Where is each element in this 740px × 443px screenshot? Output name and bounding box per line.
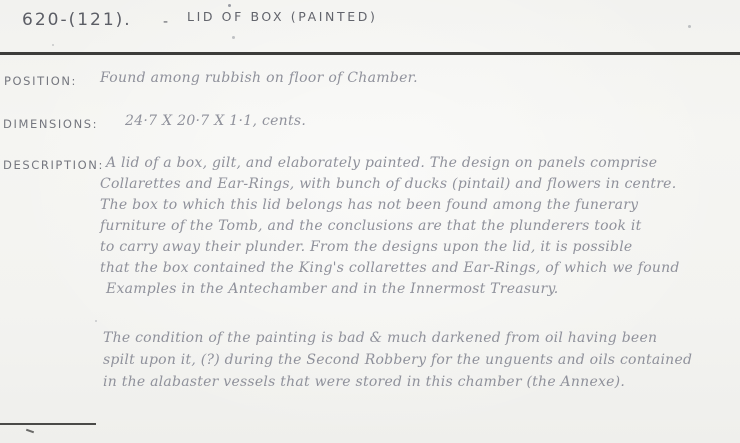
bottom-tick-mark [26, 429, 34, 434]
paper-speckle [52, 44, 54, 46]
header-separator: - [163, 14, 168, 30]
card-title: LID OF BOX (PAINTED) [187, 9, 377, 24]
paper-speckle [688, 25, 691, 28]
record-card: 620-(121). - LID OF BOX (PAINTED) POSITI… [0, 0, 740, 443]
description-line: Collarettes and Ear-Rings, with bunch of… [100, 176, 676, 192]
description-line: The condition of the painting is bad & m… [103, 330, 657, 346]
bottom-left-rule [0, 423, 96, 425]
top-rule [0, 52, 740, 55]
dimensions-value: 24·7 X 20·7 X 1·1, cents. [125, 113, 306, 129]
description-line: A lid of a box, gilt, and elaborately pa… [106, 155, 657, 171]
description-line: in the alabaster vessels that were store… [103, 374, 625, 390]
position-label: POSITION: [4, 74, 77, 88]
description-line: that the box contained the King's collar… [100, 260, 680, 276]
paper-speckle [232, 36, 235, 39]
paper-speckle [95, 320, 97, 322]
description-line: spilt upon it, (?) during the Second Rob… [103, 352, 692, 368]
description-line: to carry away their plunder. From the de… [100, 239, 632, 255]
description-label: DESCRIPTION: [3, 158, 104, 172]
description-line: furniture of the Tomb, and the conclusio… [100, 218, 642, 234]
description-line: The box to which this lid belongs has no… [100, 197, 638, 213]
dimensions-label: DIMENSIONS: [3, 117, 98, 131]
description-line: Examples in the Antechamber and in the I… [106, 281, 559, 297]
card-number: 620-(121). [22, 10, 132, 30]
position-value: Found among rubbish on floor of Chamber. [100, 70, 418, 86]
paper-speckle [228, 4, 231, 7]
